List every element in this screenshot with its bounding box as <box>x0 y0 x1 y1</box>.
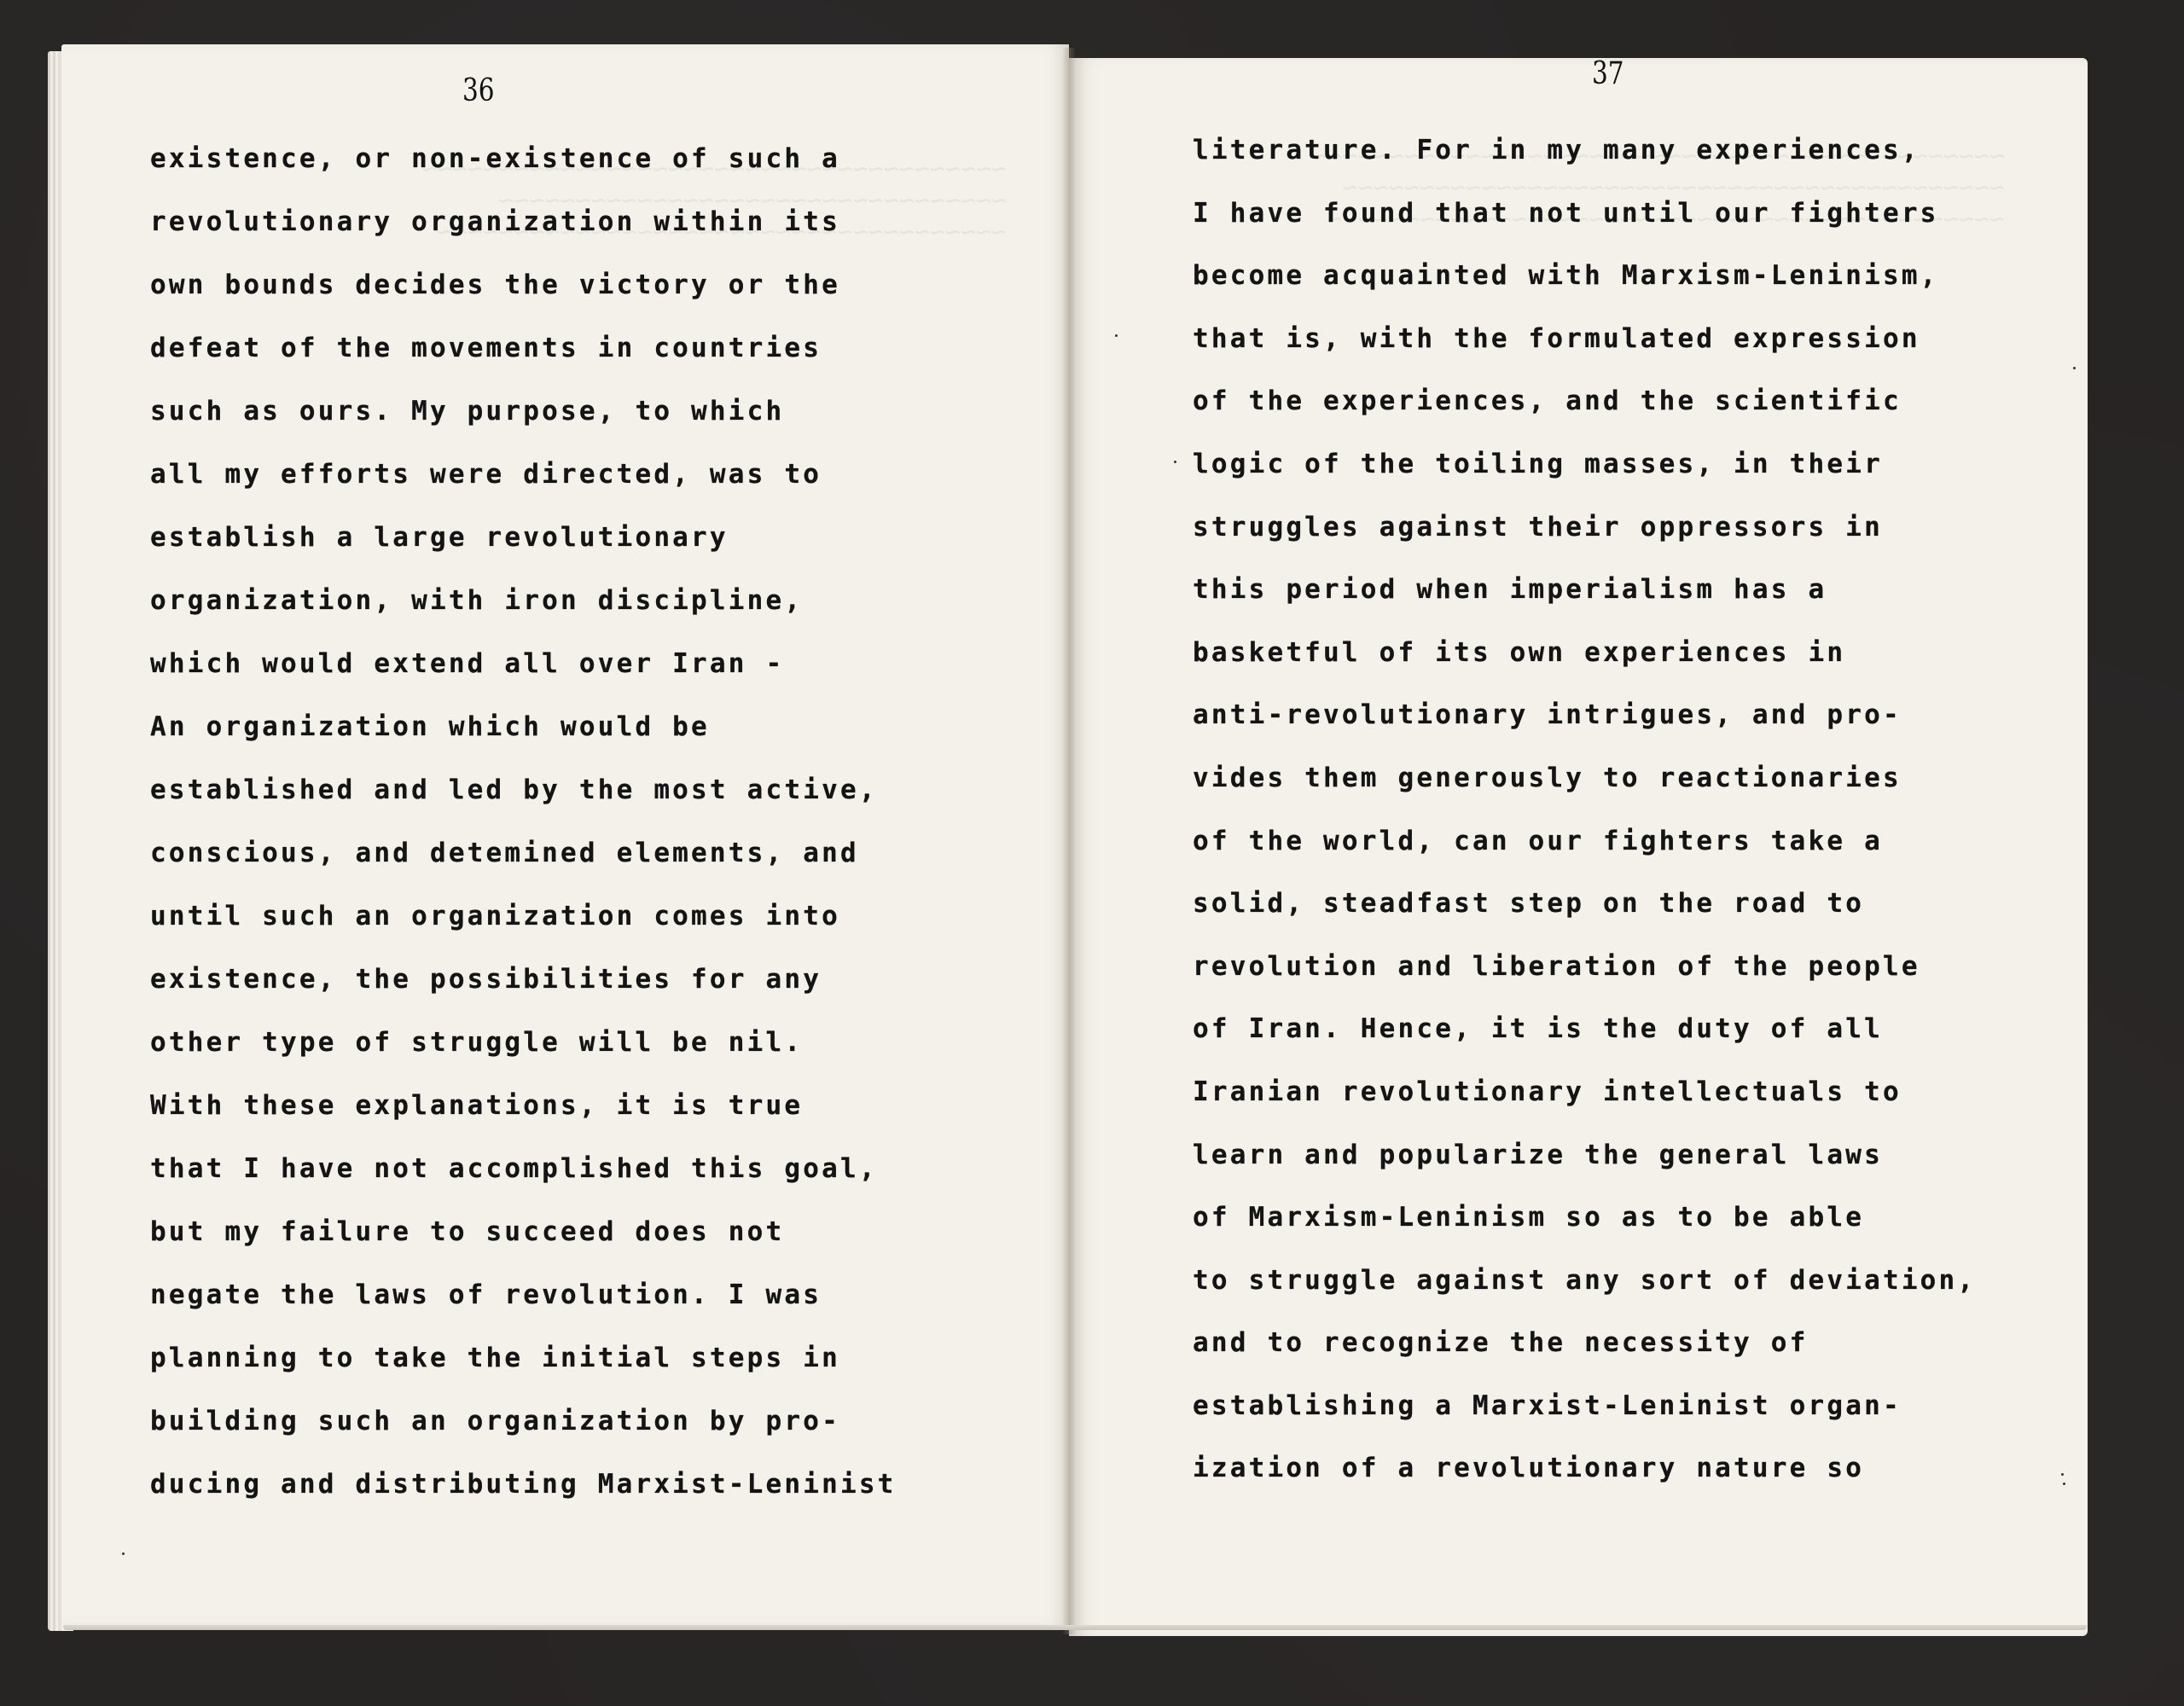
paper-speck <box>1174 461 1176 463</box>
text-line: of the experiences, and the scientific <box>1193 386 1976 449</box>
text-line: such as ours. My purpose, to which <box>150 396 897 459</box>
text-line: that I have not accomplished this goal, <box>150 1153 897 1216</box>
text-line: defeat of the movements in countries <box>150 333 897 396</box>
text-line: basketful of its own experiences in <box>1193 637 1976 700</box>
book-spine-gutter <box>1063 48 1075 1634</box>
right-page-text: literature. For in my many experiences,I… <box>1193 135 1976 1516</box>
text-line: of Marxism-Leninism so as to be able <box>1193 1202 1976 1265</box>
left-page-text: existence, or non-existence of such arev… <box>150 143 897 1532</box>
paper-speck <box>2073 367 2076 369</box>
text-line: of Iran. Hence, it is the duty of all <box>1193 1013 1976 1076</box>
text-line: vides them generously to reactionaries <box>1193 763 1976 826</box>
text-line: building such an organization by pro- <box>150 1406 897 1469</box>
text-line: solid, steadfast step on the road to <box>1193 888 1976 951</box>
text-line: conscious, and detemined elements, and <box>150 838 897 901</box>
text-line: that is, with the formulated expression <box>1193 323 1976 386</box>
text-line: which would extend all over Iran - <box>150 648 897 711</box>
text-line: this period when imperialism has a <box>1193 574 1976 637</box>
text-line: planning to take the initial steps in <box>150 1343 897 1406</box>
paper-speck <box>122 1552 125 1555</box>
text-line: I have found that not until our fighters <box>1193 198 1976 261</box>
text-line: existence, or non-existence of such a <box>150 143 897 206</box>
text-line: other type of struggle will be nil. <box>150 1027 897 1090</box>
text-line: ization of a revolutionary nature so <box>1193 1453 1976 1516</box>
text-line: established and led by the most active, <box>150 775 897 838</box>
text-line: until such an organization comes into <box>150 901 897 964</box>
paper-speck <box>1115 334 1118 337</box>
text-line: organization, with iron discipline, <box>150 585 897 648</box>
text-line: of the world, can our fighters take a <box>1193 826 1976 889</box>
text-line: establishing a Marxist-Leninist organ- <box>1193 1390 1976 1454</box>
text-line: establish a large revolutionary <box>150 522 897 585</box>
page-bottom-edge <box>63 1625 2087 1630</box>
text-line: negate the laws of revolution. I was <box>150 1279 897 1343</box>
page-number-right: 37 <box>1592 56 1624 91</box>
text-line: become acquainted with Marxism-Leninism, <box>1193 260 1976 323</box>
text-line: An organization which would be <box>150 711 897 775</box>
text-line: existence, the possibilities for any <box>150 964 897 1027</box>
text-line: literature. For in my many experiences, <box>1193 135 1976 198</box>
paper-speck <box>2063 1483 2065 1485</box>
text-line: own bounds decides the victory or the <box>150 270 897 333</box>
text-line: logic of the toiling masses, in their <box>1193 449 1976 512</box>
text-line: revolutionary organization within its <box>150 206 897 270</box>
text-line: With these explanations, it is true <box>150 1090 897 1153</box>
text-line: revolution and liberation of the people <box>1193 951 1976 1014</box>
text-line: to struggle against any sort of deviatio… <box>1193 1265 1976 1328</box>
text-line: learn and popularize the general laws <box>1193 1140 1976 1203</box>
text-line: but my failure to succeed does not <box>150 1216 897 1279</box>
text-line: and to recognize the necessity of <box>1193 1327 1976 1390</box>
text-line: Iranian revolutionary intellectuals to <box>1193 1076 1976 1140</box>
text-line: all my efforts were directed, was to <box>150 459 897 522</box>
text-line: struggles against their oppressors in <box>1193 512 1976 575</box>
text-line: ducing and distributing Marxist-Leninist <box>150 1469 897 1532</box>
paper-speck <box>2061 1473 2064 1476</box>
text-line: anti-revolutionary intrigues, and pro- <box>1193 699 1976 763</box>
page-number-left: 36 <box>462 73 495 108</box>
